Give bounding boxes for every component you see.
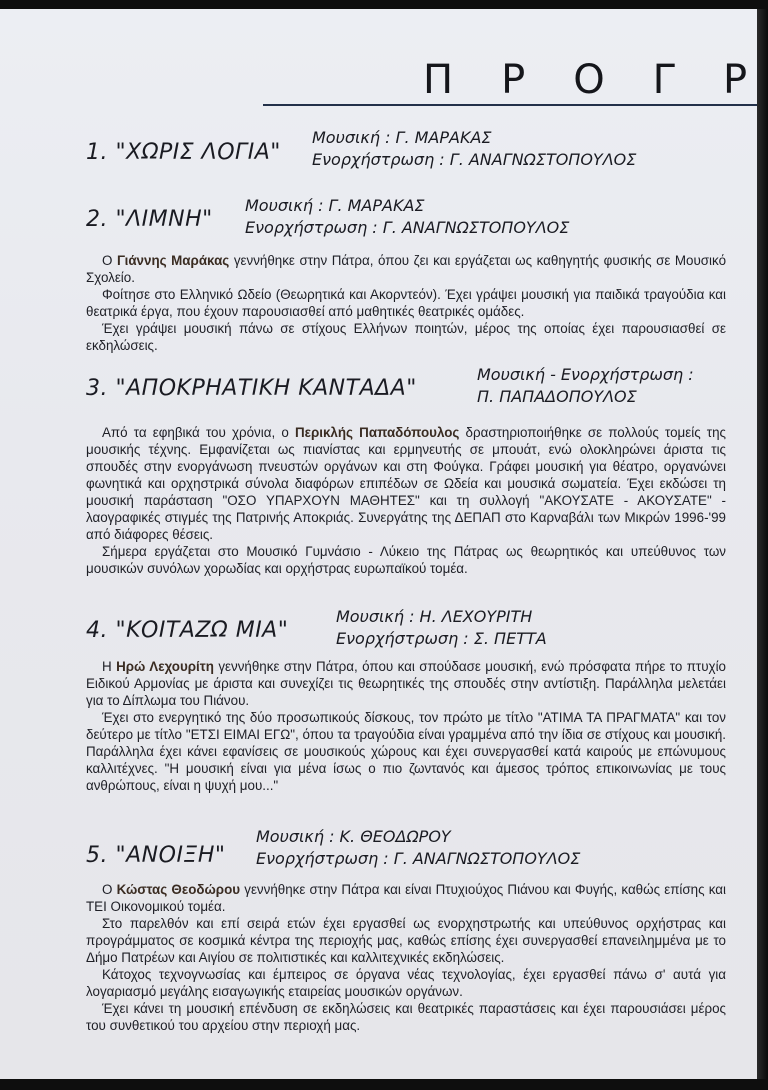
song-name: "ΧΩΡΙΣ ΛΟΓΙΑ" [116, 140, 281, 165]
program-title: ΠΡΟΓΡ [423, 60, 757, 100]
song-3-composer-credit: Π. ΠΑΠΑΔΟΠΟΥΛΟΣ [477, 386, 637, 408]
song-1-title: 1. "ΧΩΡΙΣ ΛΟΓΙΑ" [86, 140, 281, 165]
song-5-music-credit: Μουσική : Κ. ΘΕΟΔΩΡΟΥ [256, 826, 451, 848]
song-3-title: 3. "ΑΠΟΚΡΗΑΤΙΚΗ ΚΑΝΤΑΔΑ" [86, 376, 417, 401]
song-number: 5. [86, 843, 108, 868]
song-4-bio: Η Ηρώ Λεχουρίτη γεννήθηκε στην Πάτρα, όπ… [86, 658, 726, 794]
song-number: 1. [86, 140, 108, 165]
song-4-title: 4. "ΚΟΙΤΑΖΩ ΜΙΑ" [86, 618, 288, 643]
song-name: "ΑΠΟΚΡΗΑΤΙΚΗ ΚΑΝΤΑΔΑ" [116, 376, 417, 401]
song-4-orchestration-credit: Ενορχήστρωση : Σ. ΠΕΤΤΑ [336, 628, 547, 650]
composer-name: Ηρώ Λεχουρίτη [116, 659, 214, 674]
scan-edge [757, 9, 768, 1079]
composer-name: Γιάννης Μαράκας [117, 253, 229, 268]
song-3-bio: Από τα εφηβικά του χρόνια, ο Περικλής Πα… [86, 424, 726, 577]
song-name: "ΛΙΜΝΗ" [116, 207, 213, 232]
composer-name: Περικλής Παπαδόπουλος [295, 425, 459, 440]
song-name: "ΚΟΙΤΑΖΩ ΜΙΑ" [116, 618, 289, 643]
song-3-music-orchestration-credit: Μουσική - Ενορχήστρωση : [477, 364, 694, 386]
song-number: 4. [86, 618, 108, 643]
song-name: "ΑΝΟΙΞΗ" [116, 843, 226, 868]
song-2-music-credit: Μουσική : Γ. ΜΑΡΑΚΑΣ [245, 195, 425, 217]
song-number: 3. [86, 376, 108, 401]
composer-name: Κώστας Θεοδώρου [117, 882, 240, 897]
song-2-bio: Ο Γιάννης Μαράκας γεννήθηκε στην Πάτρα, … [86, 252, 726, 354]
program-header: ΠΡΟΓΡ [263, 56, 757, 106]
song-4-music-credit: Μουσική : Η. ΛΕΧΟΥΡΙΤΗ [336, 606, 532, 628]
song-number: 2. [86, 207, 108, 232]
song-1-music-credit: Μουσική : Γ. ΜΑΡΑΚΑΣ [312, 127, 492, 149]
program-page: ΠΡΟΓΡ 1. "ΧΩΡΙΣ ΛΟΓΙΑ" Μουσική : Γ. ΜΑΡΑ… [0, 9, 757, 1079]
song-5-orchestration-credit: Ενορχήστρωση : Γ. ΑΝΑΓΝΩΣΤΟΠΟΥΛΟΣ [256, 848, 580, 870]
song-5-bio: Ο Κώστας Θεοδώρου γεννήθηκε στην Πάτρα κ… [86, 881, 726, 1034]
song-2-orchestration-credit: Ενορχήστρωση : Γ. ΑΝΑΓΝΩΣΤΟΠΟΥΛΟΣ [245, 217, 569, 239]
song-2-title: 2. "ΛΙΜΝΗ" [86, 207, 213, 232]
song-1-orchestration-credit: Ενορχήστρωση : Γ. ΑΝΑΓΝΩΣΤΟΠΟΥΛΟΣ [312, 149, 636, 171]
song-5-title: 5. "ΑΝΟΙΞΗ" [86, 843, 226, 868]
